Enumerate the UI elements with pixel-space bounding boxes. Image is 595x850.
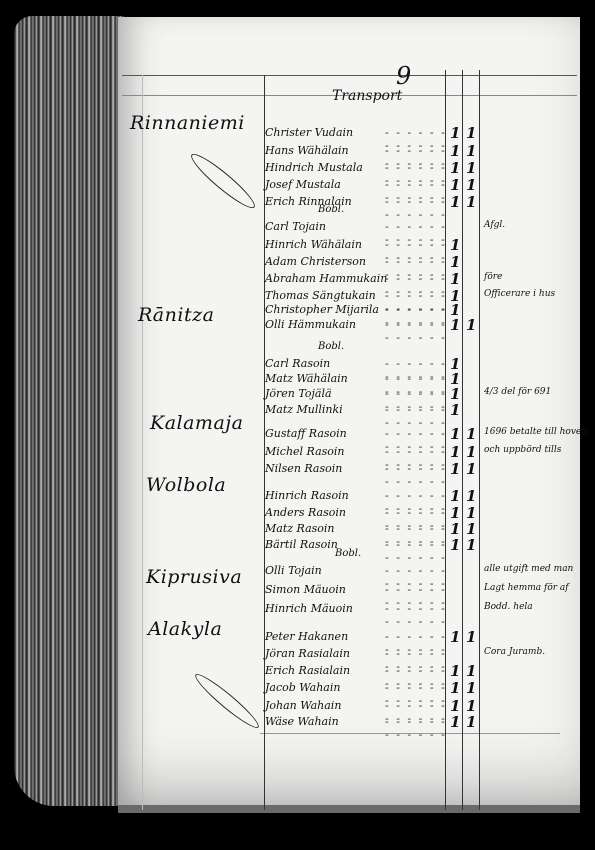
remark: Bodd. hela: [484, 602, 533, 612]
count-col1: 1: [450, 253, 460, 271]
person-name: Matz Mullinki: [265, 403, 343, 416]
person-name: Anders Rasoin: [265, 506, 346, 519]
count-col1: 1: [450, 401, 460, 419]
person-name: Hinrich Wähälain: [265, 238, 362, 251]
person-name: Simon Mäuoin: [265, 583, 346, 596]
person-name: Adam Christerson: [265, 255, 366, 268]
remark: 1696 betalte till hoven: [484, 427, 587, 437]
remark: Lagt hemma för af: [484, 583, 569, 593]
count-col1: 1: [450, 142, 460, 160]
leader-dots: - - - - - - - - - - - -: [385, 715, 447, 741]
person-name: Carl Rasoin: [265, 357, 330, 370]
count-col2: 1: [466, 425, 476, 443]
count-col1: 1: [450, 443, 460, 461]
person-name: Carl Tojain: [265, 220, 326, 233]
count-col2: 1: [466, 176, 476, 194]
village-name: Kalamaja: [150, 412, 244, 434]
count-col1: 1: [450, 176, 460, 194]
ledger-row: Peter Hakanen- - - - - - - - - - - -11: [265, 628, 585, 646]
count-col1: 1: [450, 628, 460, 646]
ledger-row: Hinrich Wähälain- - - - - - - - - - - -1: [265, 236, 585, 254]
person-name: Hindrich Mustala: [265, 161, 363, 174]
person-name: Bärtil Rasoin: [265, 538, 338, 551]
count-col2: 1: [466, 679, 476, 697]
ledger-row: Olli Hämmukain- - - - - - - - - - - -11: [265, 316, 585, 334]
count-col2: 1: [466, 443, 476, 461]
transport-header: Transport: [332, 88, 402, 104]
village-name: Alakyla: [148, 618, 222, 640]
village-name: Wolbola: [146, 474, 226, 496]
count-col1: 1: [450, 270, 460, 288]
count-col2: 1: [466, 124, 476, 142]
ledger-row: Nilsen Rasoin- - - - - - - - - - - -11: [265, 460, 585, 478]
count-col2: 1: [466, 460, 476, 478]
remark: 4/3 del för 691: [484, 387, 551, 397]
ledger-row: Jöran Rasialain- - - - - - - - - - - -Co…: [265, 645, 585, 663]
person-name: Wäse Wahain: [265, 715, 339, 728]
person-name: Matz Rasoin: [265, 522, 335, 535]
village-name: Kiprusiva: [146, 566, 242, 588]
ledger-row: Olli Tojain- - - - - - - - - - - -alle u…: [265, 562, 585, 580]
ledger-row: Erich Rasialain- - - - - - - - - - - -11: [265, 662, 585, 680]
page-number: 9: [396, 62, 411, 90]
person-name: Erich Rasialain: [265, 664, 350, 677]
left-margin-line: [142, 75, 143, 810]
remark: fōre: [484, 272, 502, 282]
ledger-row: Wäse Wahain- - - - - - - - - - - -11: [265, 713, 585, 731]
count-col1: 1: [450, 236, 460, 254]
ledger-row: Hindrich Mustala- - - - - - - - - - - -1…: [265, 159, 585, 177]
ledger-row: Adam Christerson- - - - - - - - - - - -1: [265, 253, 585, 271]
subheading: Bobl.: [318, 341, 344, 352]
village-name: Rānitza: [138, 304, 214, 326]
remark: Cora Juramb.: [484, 647, 545, 657]
count-col2: 1: [466, 487, 476, 505]
person-name: Hinrich Mäuoin: [265, 602, 353, 615]
count-col1: 1: [450, 193, 460, 211]
person-name: Christer Vudain: [265, 126, 353, 139]
count-col1: 1: [450, 159, 460, 177]
count-col2: 1: [466, 142, 476, 160]
person-name: Johan Wahain: [265, 699, 341, 712]
remark: och uppbörd tills: [484, 445, 561, 455]
leader-dots: - - - - - - - - - - - -: [385, 602, 447, 628]
count-col1: 1: [450, 713, 460, 731]
count-col2: 1: [466, 193, 476, 211]
count-col2: 1: [466, 713, 476, 731]
person-name: Jöran Rasialain: [265, 647, 350, 660]
count-col1: 1: [450, 662, 460, 680]
person-name: Matz Wähälain: [265, 372, 348, 385]
remark: alle utgift med man: [484, 564, 573, 574]
person-name: Jören Tojälä: [265, 387, 332, 400]
leader-dots: - - - - - - - - - - - -: [385, 318, 447, 344]
page-bottom-edge: [118, 805, 580, 813]
count-col1: 1: [450, 487, 460, 505]
ledger-row: Gustaff Rasoin- - - - - - - - - - - -111…: [265, 425, 585, 443]
person-name: Hans Wähälain: [265, 144, 349, 157]
count-col2: 1: [466, 316, 476, 334]
remark: Officerare i hus: [484, 289, 555, 299]
person-name: Olli Hämmukain: [265, 318, 356, 331]
person-name: Nilsen Rasoin: [265, 462, 342, 475]
ledger-row: Michel Rasoin- - - - - - - - - - - -11oc…: [265, 443, 585, 461]
ledger-row: Matz Mullinki- - - - - - - - - - - -1: [265, 401, 585, 419]
count-col2: 1: [466, 628, 476, 646]
person-name: Gustaff Rasoin: [265, 427, 347, 440]
ledger-row: Hans Wähälain- - - - - - - - - - - -11: [265, 142, 585, 160]
person-name: Abraham Hammukain: [265, 272, 387, 285]
ledger-row: Hinrich Rasoin- - - - - - - - - - - -11: [265, 487, 585, 505]
person-name: Erich Rinnalain: [265, 195, 352, 208]
count-col1: 1: [450, 124, 460, 142]
person-name: Hinrich Rasoin: [265, 489, 349, 502]
count-col1: 1: [450, 536, 460, 554]
count-col1: 1: [450, 316, 460, 334]
count-col2: 1: [466, 536, 476, 554]
ruled-line-top: [122, 75, 577, 76]
ledger-row: Josef Mustala- - - - - - - - - - - -11: [265, 176, 585, 194]
count-col2: 1: [466, 662, 476, 680]
count-col1: 1: [450, 425, 460, 443]
person-name: Jacob Wahain: [265, 681, 340, 694]
village-name: Rinnaniemi: [130, 112, 245, 134]
ledger-row: Erich Rinnalain- - - - - - - - - - - -11: [265, 193, 585, 211]
person-name: Christopher Mijarila: [265, 303, 379, 316]
count-col1: 1: [450, 679, 460, 697]
remark: Afgl.: [484, 220, 505, 230]
ledger-row: Carl Tojain- - - - - - - - - - - -Afgl.: [265, 218, 585, 236]
person-name: Josef Mustala: [265, 178, 341, 191]
ledger-row: Bärtil Rasoin- - - - - - - - - - - -11: [265, 536, 585, 554]
book-page-edges: [14, 16, 124, 806]
ledger-row: Christer Vudain- - - - - - - - - - - -11: [265, 124, 585, 142]
person-name: Peter Hakanen: [265, 630, 348, 643]
person-name: Michel Rasoin: [265, 445, 345, 458]
ledger-row: Abraham Hammukain- - - - - - - - - - - -…: [265, 270, 585, 288]
ledger-row: Hinrich Mäuoin- - - - - - - - - - - -Bod…: [265, 600, 585, 618]
leader-dots: - - - - - - - - - - - -: [385, 462, 447, 488]
leader-dots: - - - - - - - - - - - -: [385, 538, 447, 564]
ledger-row: Simon Mäuoin- - - - - - - - - - - -Lagt …: [265, 581, 585, 599]
count-col1: 1: [450, 460, 460, 478]
person-name: Olli Tojain: [265, 564, 322, 577]
ledger-row: Jacob Wahain- - - - - - - - - - - -11: [265, 679, 585, 697]
count-col2: 1: [466, 159, 476, 177]
